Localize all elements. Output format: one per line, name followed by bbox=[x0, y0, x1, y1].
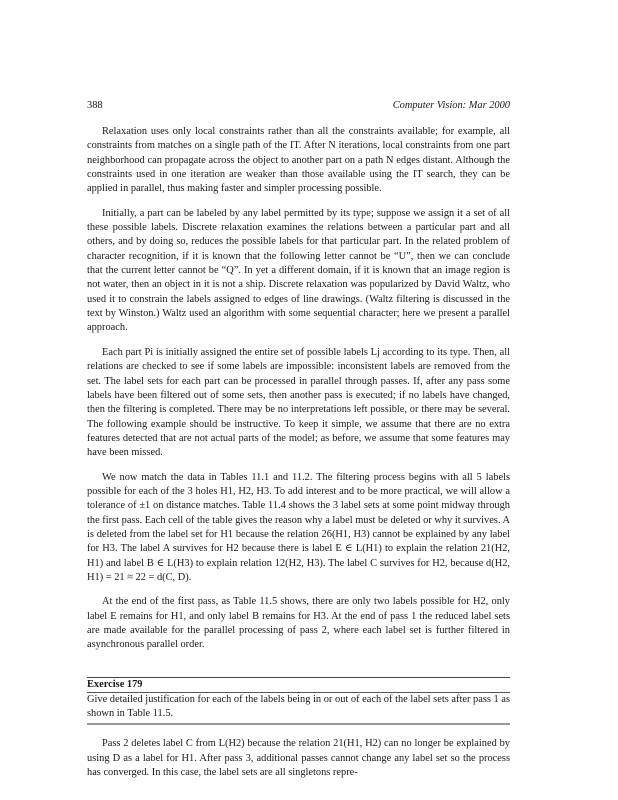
exercise-body: Give detailed justification for each of … bbox=[87, 693, 510, 722]
paragraph-first-pass-end: At the end of the first pass, as Table 1… bbox=[87, 595, 510, 652]
paragraph-pass-two: Pass 2 deletes label C from L(H2) becaus… bbox=[87, 737, 510, 780]
paragraph-initial-labeling: Initially, a part can be labeled by any … bbox=[87, 207, 510, 336]
exercise-box: Exercise 179 Give detailed justification… bbox=[87, 677, 510, 726]
document-page: 388 Computer Vision: Mar 2000 Relaxation… bbox=[87, 99, 510, 780]
paragraph-label-sets: Each part Pi is initially assigned the e… bbox=[87, 346, 510, 461]
running-title: Computer Vision: Mar 2000 bbox=[393, 99, 510, 113]
paragraph-relaxation: Relaxation uses only local constraints r… bbox=[87, 125, 510, 197]
paragraph-matching-example: We now match the data in Tables 11.1 and… bbox=[87, 471, 510, 586]
exercise-heading: Exercise 179 bbox=[87, 678, 510, 693]
page-number: 388 bbox=[87, 99, 103, 113]
running-head: 388 Computer Vision: Mar 2000 bbox=[87, 99, 510, 113]
